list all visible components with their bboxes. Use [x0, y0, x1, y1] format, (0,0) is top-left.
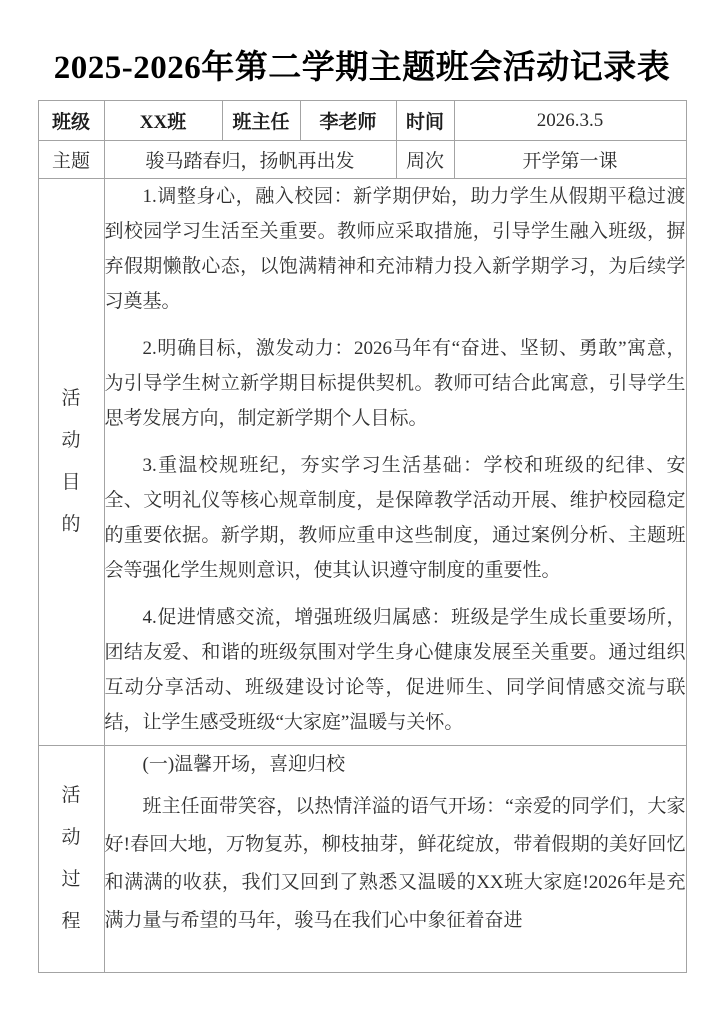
- purpose-row: 活动目的 1.调整身心，融入校园：新学期伊始，助力学生从假期平稳过渡到校园学习生…: [38, 179, 686, 746]
- document-title: 2025-2026年第二学期主题班会活动记录表: [0, 48, 724, 89]
- class-value-cell: XX班: [104, 101, 222, 141]
- info-row-class: 班级 XX班 班主任 李老师 时间 2026.3.5: [38, 101, 686, 141]
- purpose-paragraph-2: 2.明确目标，激发动力：2026马年有“奋进、坚韧、勇敢”寓意，为引导学生树立新…: [105, 331, 686, 436]
- teacher-value-cell: 李老师: [300, 101, 396, 141]
- record-table: 班级 XX班 班主任 李老师 时间 2026.3.5 主题 骏马踏春归，扬帆再出…: [38, 100, 687, 973]
- week-label-cell: 周次: [396, 141, 454, 179]
- week-value-cell: 开学第一课: [454, 141, 686, 179]
- process-vertical-label: 活动过程: [60, 775, 82, 943]
- purpose-content-cell: 1.调整身心，融入校园：新学期伊始，助力学生从假期平稳过渡到校园学习生活至关重要…: [104, 179, 686, 746]
- process-paragraph-1: 班主任面带笑容，以热情洋溢的语气开场：“亲爱的同学们，大家好!春回大地，万物复苏…: [105, 788, 686, 940]
- purpose-paragraph-4: 4.促进情感交流，增强班级归属感：班级是学生成长重要场所，团结友爱、和谐的班级氛…: [105, 600, 686, 740]
- time-value-cell: 2026.3.5: [454, 101, 686, 141]
- process-label-cell: 活动过程: [38, 746, 104, 973]
- purpose-paragraph-1: 1.调整身心，融入校园：新学期伊始，助力学生从假期平稳过渡到校园学习生活至关重要…: [105, 179, 686, 319]
- time-label-cell: 时间: [396, 101, 454, 141]
- class-label-cell: 班级: [38, 101, 104, 141]
- purpose-vertical-label: 活动目的: [60, 378, 82, 546]
- purpose-paragraph-3: 3.重温校规班纪，夯实学习生活基础：学校和班级的纪律、安全、文明礼仪等核心规章制…: [105, 448, 686, 588]
- topic-value-cell: 骏马踏春归，扬帆再出发: [104, 141, 396, 179]
- process-content-cell: (一)温馨开场，喜迎归校 班主任面带笑容，以热情洋溢的语气开场：“亲爱的同学们，…: [104, 746, 686, 973]
- teacher-label-cell: 班主任: [222, 101, 300, 141]
- document-page: 2025-2026年第二学期主题班会活动记录表 班级 XX班 班主任 李老师 时…: [0, 0, 724, 1024]
- process-row: 活动过程 (一)温馨开场，喜迎归校 班主任面带笑容，以热情洋溢的语气开场：“亲爱…: [38, 746, 686, 973]
- process-section-heading: (一)温馨开场，喜迎归校: [105, 746, 686, 784]
- purpose-label-cell: 活动目的: [38, 179, 104, 746]
- topic-label-cell: 主题: [38, 141, 104, 179]
- info-row-topic: 主题 骏马踏春归，扬帆再出发 周次 开学第一课: [38, 141, 686, 179]
